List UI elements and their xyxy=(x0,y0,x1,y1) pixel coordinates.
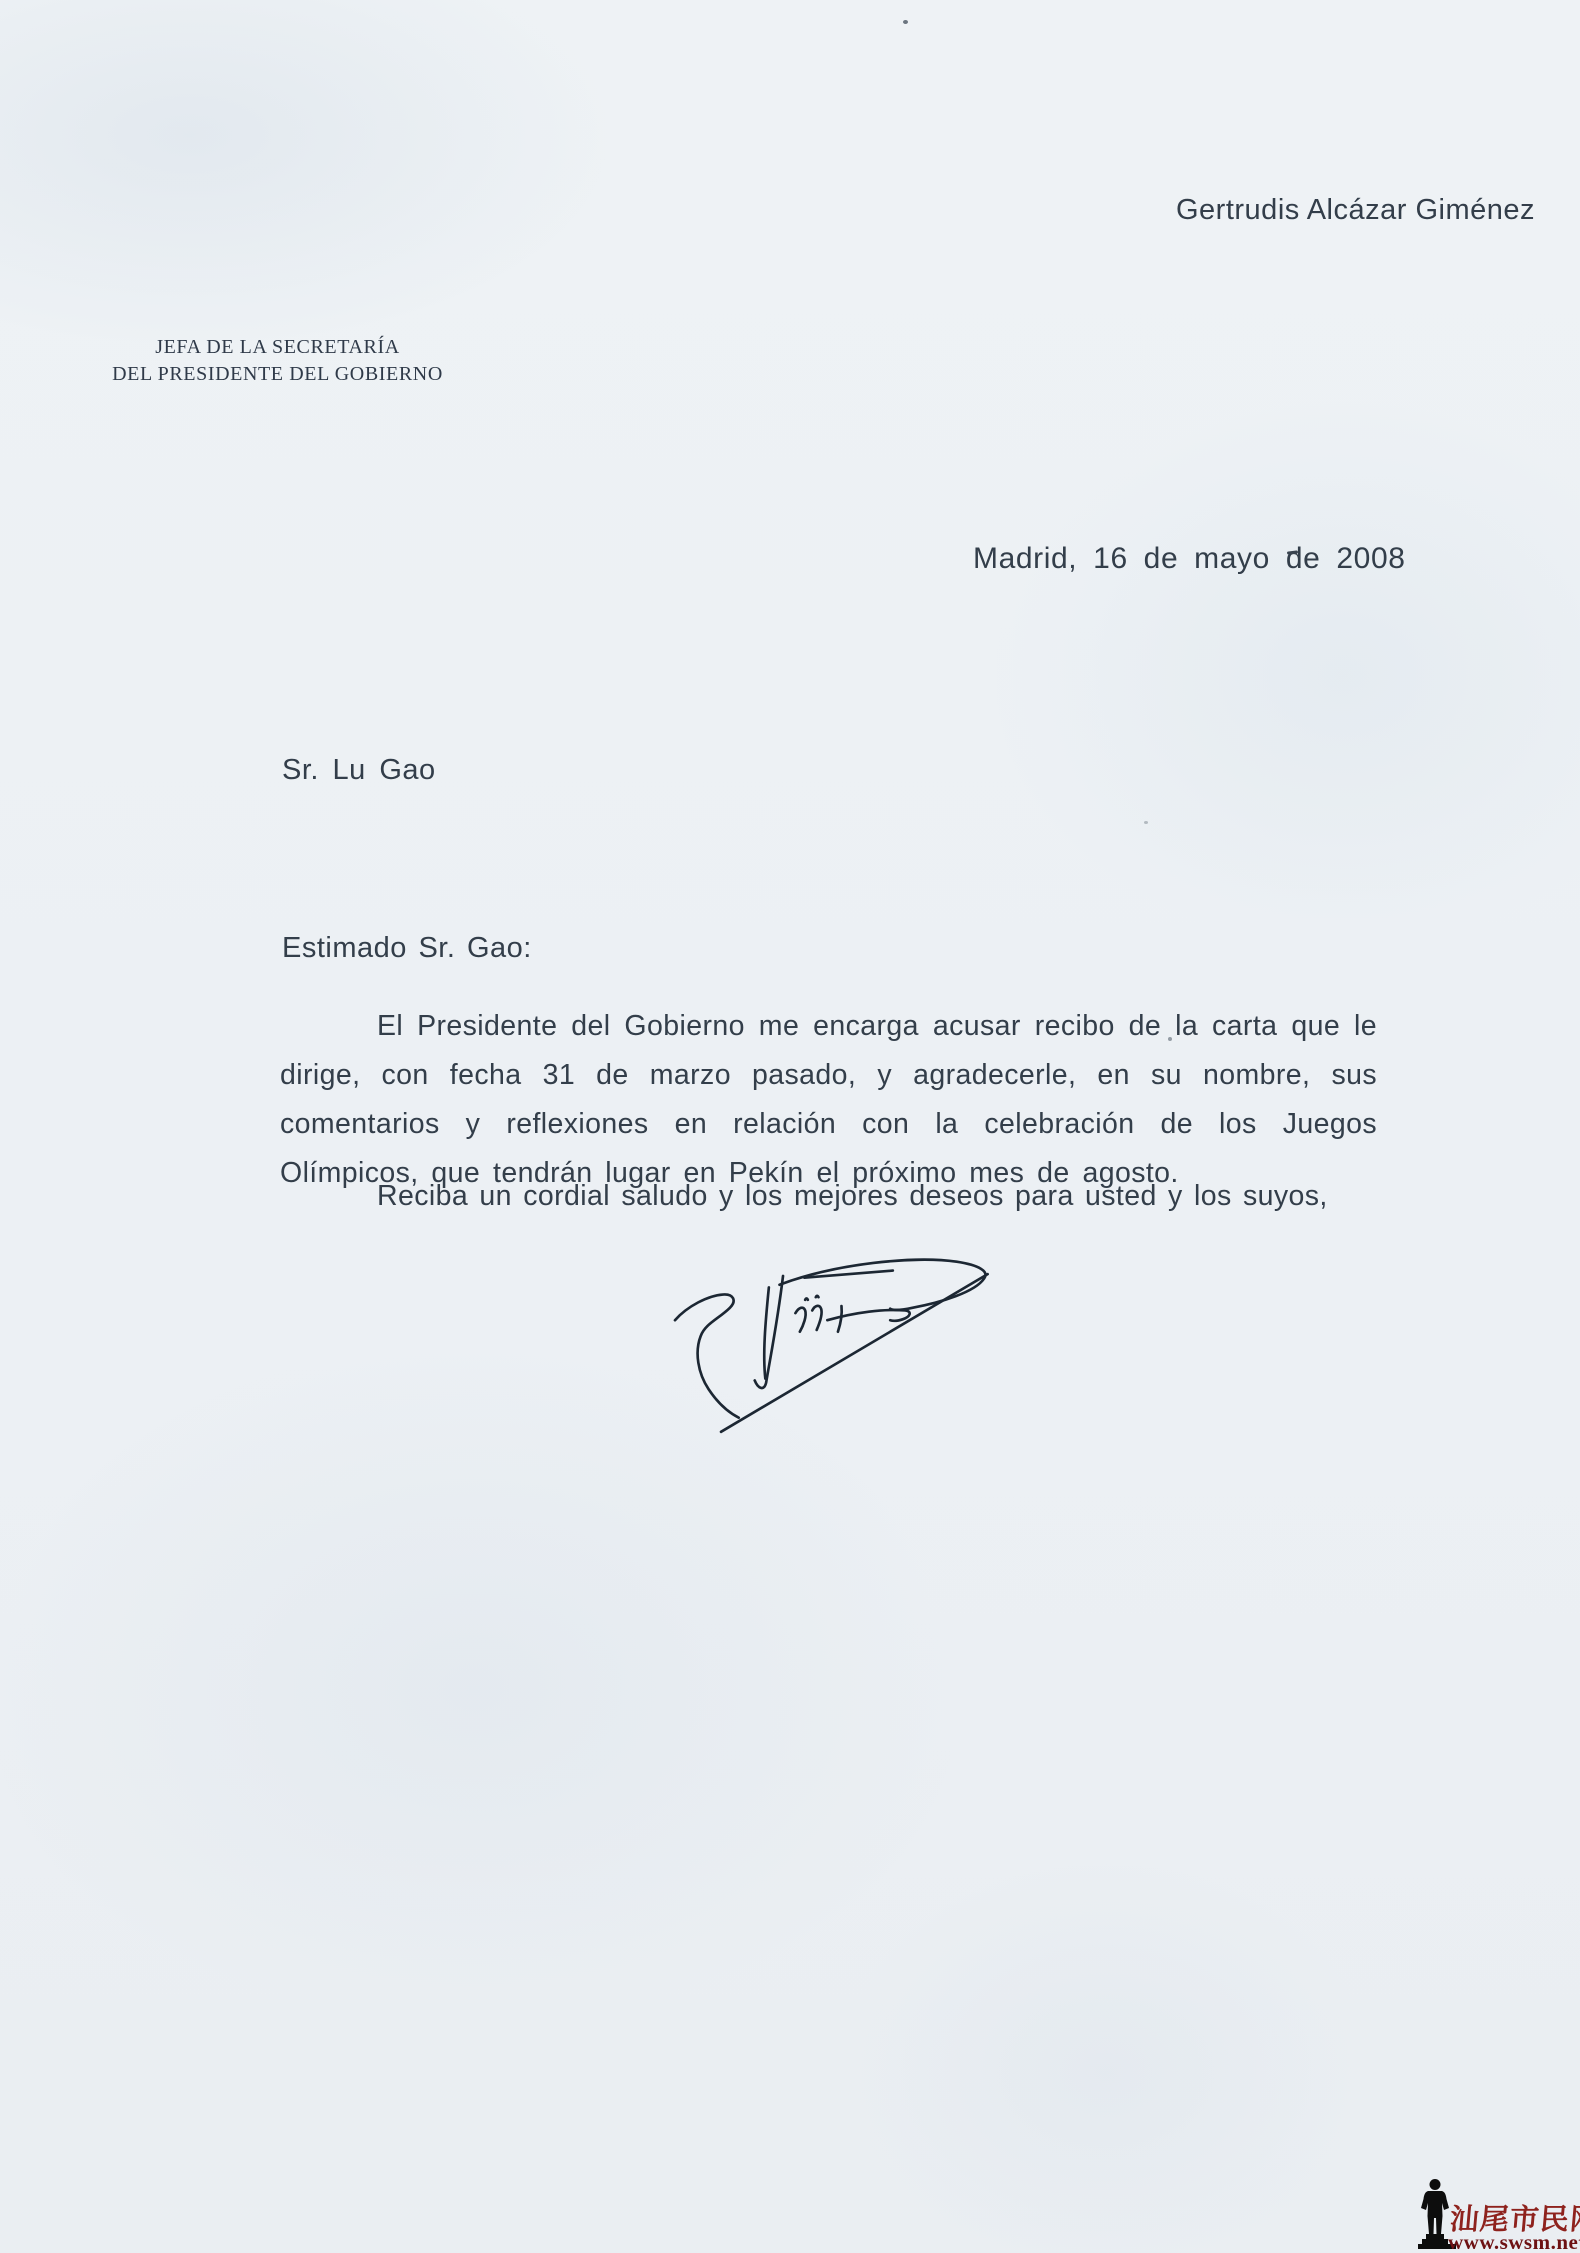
salutation: Estimado Sr. Gao: xyxy=(282,932,532,965)
scan-speck xyxy=(1144,821,1148,824)
letterhead: JEFA DE LA SECRETARÍA DEL PRESIDENTE DEL… xyxy=(80,334,475,388)
signature-scribble xyxy=(636,1238,1008,1452)
sender-name: Gertrudis Alcázar Giménez xyxy=(1176,194,1535,227)
watermark-logo: 汕尾市民网 www.swsm.net xyxy=(1410,2176,1580,2253)
recipient-name: Sr. Lu Gao xyxy=(282,754,436,787)
letterhead-line1: JEFA DE LA SECRETARÍA xyxy=(80,334,475,361)
scan-speck xyxy=(1168,1037,1172,1041)
watermark-site-url: www.swsm.net xyxy=(1448,2230,1580,2253)
closing-line: Reciba un cordial saludo y los mejores d… xyxy=(280,1180,1377,1213)
scan-speck xyxy=(903,20,908,24)
date-line: Madrid, 16 de mayo de 2008 xyxy=(973,542,1406,576)
letter-page: Gertrudis Alcázar Giménez JEFA DE LA SEC… xyxy=(0,0,1580,2253)
letterhead-line2: DEL PRESIDENTE DEL GOBIERNO xyxy=(80,361,475,388)
body-paragraph: El Presidente del Gobierno me encarga ac… xyxy=(280,1002,1377,1198)
